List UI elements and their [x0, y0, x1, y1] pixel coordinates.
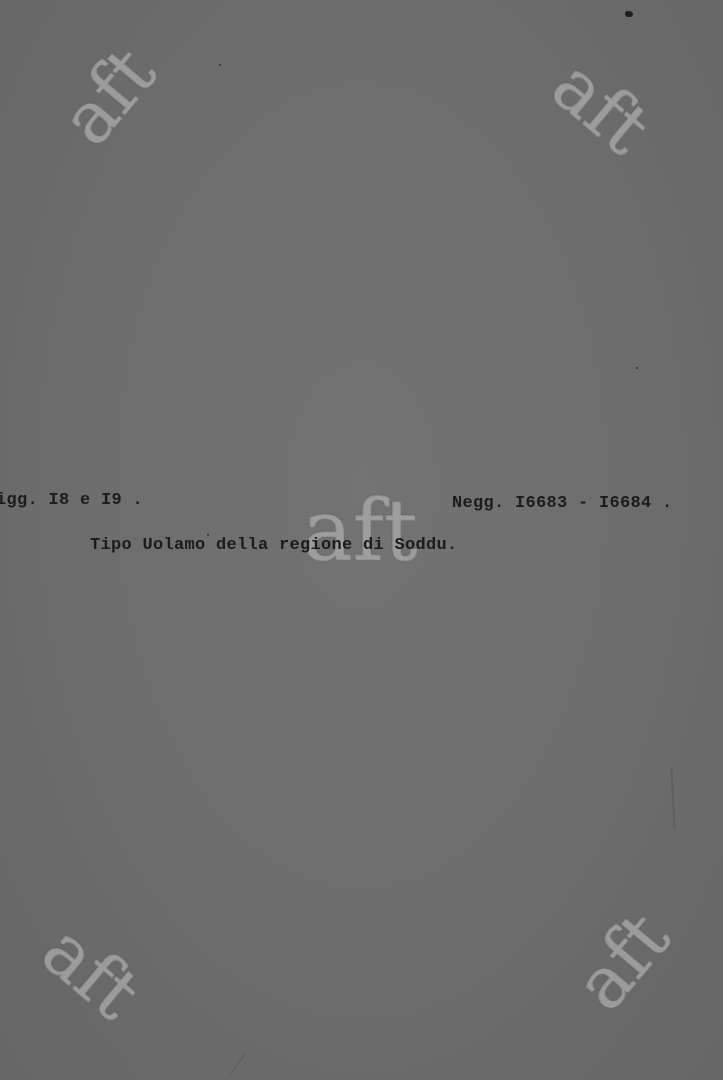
film-scratch [231, 1052, 247, 1074]
watermark-center: aft [302, 488, 417, 572]
dust-speck [219, 64, 221, 66]
document-sheet: aft aft aft aft aft igg. I8 e I9 . Negg.… [0, 0, 723, 1080]
dust-speck [207, 534, 209, 536]
film-scratch [670, 768, 675, 830]
watermark-top-right: aft [540, 47, 662, 165]
figure-reference: igg. I8 e I9 . [0, 491, 143, 510]
photo-caption: Tipo Uolamo della regione di Soddu. [90, 536, 458, 555]
watermark-top-left: aft [48, 35, 166, 157]
watermark-bottom-right: aft [562, 900, 680, 1022]
dust-speck [625, 11, 633, 17]
watermark-bottom-left: aft [30, 912, 152, 1030]
negative-reference: Negg. I6683 - I6684 . [452, 494, 673, 513]
dust-speck [636, 367, 638, 369]
